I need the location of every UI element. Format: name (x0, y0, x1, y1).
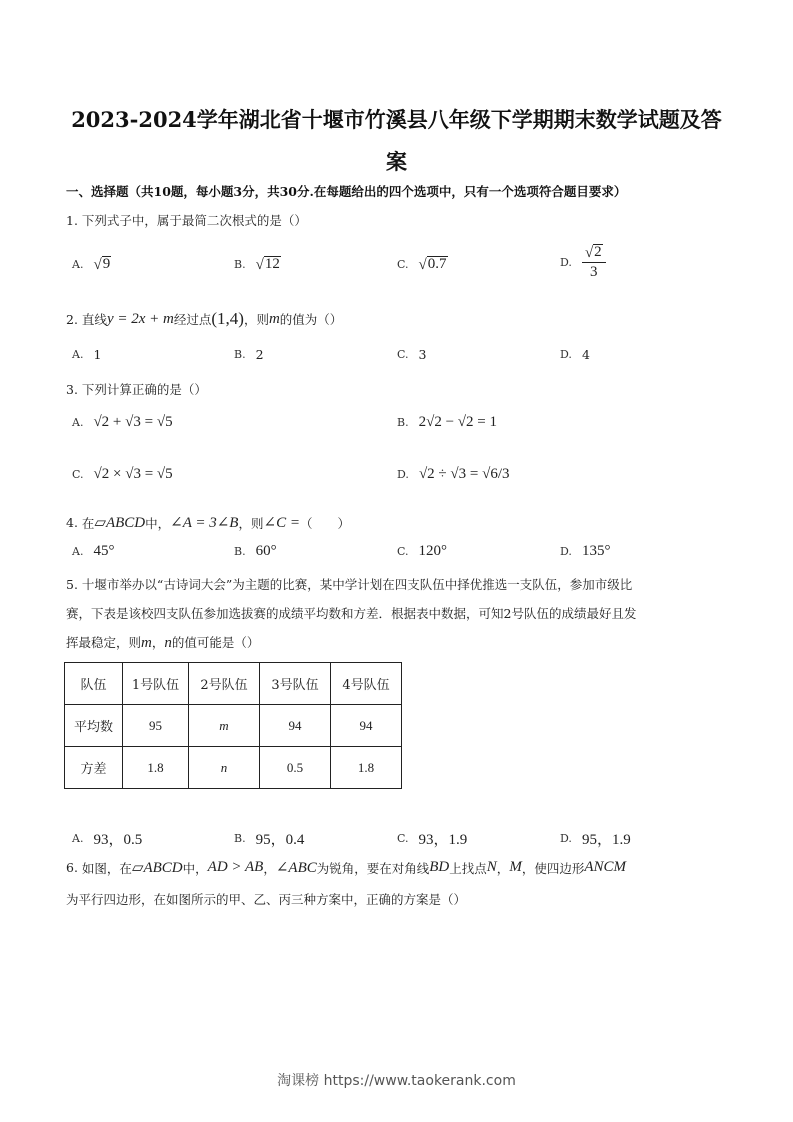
option-value: 95，1.9 (582, 828, 631, 849)
table-header: 2号队伍 (189, 663, 260, 705)
option-value: 60° (256, 543, 277, 560)
q3-option-c: C.√2 × √3 = √5 (72, 466, 173, 483)
question-number: 6. (66, 860, 78, 875)
sqrt-expr: √0.7 (419, 256, 448, 273)
radicand: 2 (593, 244, 603, 261)
condition: ∠A = 3∠B (170, 513, 238, 532)
option-value: 135° (582, 543, 611, 560)
team-scores-table: 队伍 1号队伍 2号队伍 3号队伍 4号队伍 平均数 95 m 94 94 方差… (64, 662, 402, 789)
q1-option-b: B. √12 (234, 256, 281, 273)
quadrilateral: ANCM (584, 859, 626, 876)
q1-option-a: A. √9 (72, 256, 111, 273)
q3-option-a: A.√2 + √3 = √5 (72, 414, 173, 431)
condition: AD > AB (208, 859, 264, 876)
option-label: C. (397, 258, 409, 271)
option-label: D. (560, 256, 572, 269)
denominator: 3 (590, 263, 598, 281)
question-text: 的值为（） (280, 310, 343, 328)
angle: ∠ABC (276, 858, 317, 877)
question-number: 5. (66, 577, 78, 592)
question-6-line1: 6. 如图，在 ▱ABCD 中， AD > AB ， ∠ABC 为锐角，要在对角… (66, 858, 626, 877)
option-expression: √2 ÷ √3 = √6/3 (419, 466, 510, 483)
option-label: C. (397, 348, 409, 361)
q5-option-d: D.95，1.9 (560, 828, 631, 849)
question-text: 下列式子中，属于最简二次根式的是（） (82, 213, 307, 228)
option-label: A. (72, 545, 83, 558)
option-label: C. (397, 832, 409, 845)
q5-option-c: C.93，1.9 (397, 828, 467, 849)
question-text: ，则 (244, 310, 269, 328)
sqrt-expr: √9 (93, 256, 111, 273)
question-text: 中， (145, 514, 170, 532)
table-header-row: 队伍 1号队伍 2号队伍 3号队伍 4号队伍 (65, 663, 402, 705)
question-text: 挥最稳定，则 (66, 635, 141, 650)
option-value: 4 (582, 347, 590, 362)
option-label: D. (560, 832, 572, 845)
option-value: 95，0.4 (256, 828, 305, 849)
variable: m (141, 635, 152, 651)
q4-option-c: C.120° (397, 543, 447, 560)
option-value: 93，0.5 (93, 828, 142, 849)
option-label: D. (560, 348, 572, 361)
parallelogram-label: ▱ABCD (132, 858, 183, 877)
question-number: 1. (66, 213, 78, 228)
fraction: √2 3 (582, 244, 606, 281)
question-number: 3. (66, 382, 78, 397)
table-cell: 1.8 (123, 747, 189, 789)
document-title-line1: 2023-2024学年湖北省十堰市竹溪县八年级下学期期末数学试题及答 (0, 104, 793, 134)
option-label: A. (72, 832, 83, 845)
point-n: N (487, 859, 497, 876)
q3-option-d: D.√2 ÷ √3 = √6/3 (397, 466, 510, 483)
question-text: 如图，在 (82, 859, 132, 877)
point: (1,4) (211, 309, 244, 329)
radicand: 0.7 (427, 256, 448, 273)
option-label: B. (234, 832, 246, 845)
option-label: A. (72, 258, 83, 271)
option-label: B. (234, 258, 246, 271)
table-cell: 1.8 (331, 747, 402, 789)
table-row: 方差 1.8 n 0.5 1.8 (65, 747, 402, 789)
option-label: C. (397, 545, 409, 558)
question-text: ，使四边形 (522, 859, 585, 877)
question-text: 十堰市举办以“古诗词大会”为主题的比赛，某中学计划在四支队伍中择优推选一支队伍，… (82, 577, 632, 592)
table-cell: 平均数 (65, 705, 123, 747)
question-text: 中， (183, 859, 208, 877)
question-number: 4. (66, 515, 78, 530)
q4-option-d: D.135° (560, 543, 610, 560)
separator: ， (152, 635, 165, 650)
target: ∠C = (264, 513, 300, 532)
table-cell: 0.5 (260, 747, 331, 789)
q1-option-c: C. √0.7 (397, 256, 448, 273)
table-header: 4号队伍 (331, 663, 402, 705)
option-label: A. (72, 348, 83, 361)
option-label: D. (397, 468, 409, 481)
table-header: 1号队伍 (123, 663, 189, 705)
option-label: A. (72, 416, 83, 429)
question-text: 经过点 (174, 310, 212, 328)
option-value: 45° (93, 543, 114, 560)
question-text: 赛，下表是该校四支队伍参加选拔赛的成绩平均数和方差．根据表中数据，可知2号队伍的… (66, 599, 726, 628)
sqrt-expr: √12 (256, 256, 281, 273)
table-cell: m (189, 705, 260, 747)
question-text: ， (263, 859, 276, 877)
option-value: 93，1.9 (419, 828, 468, 849)
option-value: 2 (256, 347, 264, 362)
option-label: D. (560, 545, 572, 558)
option-value: 1 (93, 347, 101, 362)
q5-option-a: A.93，0.5 (72, 828, 142, 849)
q4-option-b: B.60° (234, 543, 277, 560)
q3-option-b: B.2√2 − √2 = 1 (397, 414, 497, 431)
question-number: 2. (66, 312, 78, 327)
question-4-stem: 4. 在 ▱ABCD 中， ∠A = 3∠B ，则 ∠C = （ ） (66, 513, 350, 532)
question-text: 直线 (82, 310, 107, 328)
question-3-stem: 3. 下列计算正确的是（） (66, 380, 207, 398)
q1-option-d: D. √2 3 (560, 244, 606, 281)
q2-option-a: A.1 (72, 347, 101, 362)
q5-option-b: B.95，0.4 (234, 828, 304, 849)
option-expression: √2 + √3 = √5 (93, 414, 172, 431)
option-expression: √2 × √3 = √5 (94, 466, 173, 483)
q4-option-a: A.45° (72, 543, 114, 560)
option-expression: 2√2 − √2 = 1 (419, 414, 497, 431)
question-5-stem: 5. 十堰市举办以“古诗词大会”为主题的比赛，某中学计划在四支队伍中择优推选一支… (66, 570, 726, 658)
question-text: 的值可能是（） (172, 635, 260, 650)
question-2-stem: 2. 直线 y = 2x + m 经过点 (1,4) ，则 m 的值为（） (66, 309, 342, 329)
question-1-stem: 1. 下列式子中，属于最简二次根式的是（） (66, 211, 307, 229)
section-heading: 一、选择题（共10题，每小题3分，共30分.在每题给出的四个选项中，只有一个选项… (66, 182, 626, 200)
table-row: 平均数 95 m 94 94 (65, 705, 402, 747)
equation: y = 2x + m (107, 311, 174, 328)
option-label: B. (234, 545, 246, 558)
q2-option-d: D.4 (560, 347, 590, 362)
answer-blank: （ ） (300, 514, 350, 532)
point-m: M (509, 859, 522, 876)
table-header: 3号队伍 (260, 663, 331, 705)
question-text: 下列计算正确的是（） (82, 382, 207, 397)
footer-watermark: 淘课榜 https://www.taokerank.com (0, 1070, 793, 1090)
option-label: C. (72, 468, 84, 481)
option-label: B. (234, 348, 246, 361)
question-text: ，则 (238, 514, 263, 532)
question-text: 上找点 (449, 859, 487, 877)
question-text: 为锐角，要在对角线 (317, 859, 430, 877)
option-value: 3 (419, 347, 427, 362)
question-text: 在 (82, 514, 95, 532)
radicand: 12 (264, 256, 281, 273)
table-cell: n (189, 747, 260, 789)
radicand: 9 (102, 256, 112, 273)
question-6-line2: 为平行四边形，在如图所示的甲、乙、丙三种方案中，正确的方案是（） (66, 890, 466, 908)
table-cell: 94 (331, 705, 402, 747)
q2-option-c: C.3 (397, 347, 426, 362)
parallelogram-label: ▱ABCD (94, 513, 145, 532)
q2-option-b: B.2 (234, 347, 264, 362)
table-header: 队伍 (65, 663, 123, 705)
table-cell: 方差 (65, 747, 123, 789)
document-title-line2: 案 (0, 146, 793, 176)
variable: n (164, 635, 172, 651)
diagonal: BD (429, 859, 449, 876)
table-cell: 95 (123, 705, 189, 747)
option-value: 120° (419, 543, 448, 560)
variable: m (269, 311, 280, 328)
table-cell: 94 (260, 705, 331, 747)
option-label: B. (397, 416, 409, 429)
